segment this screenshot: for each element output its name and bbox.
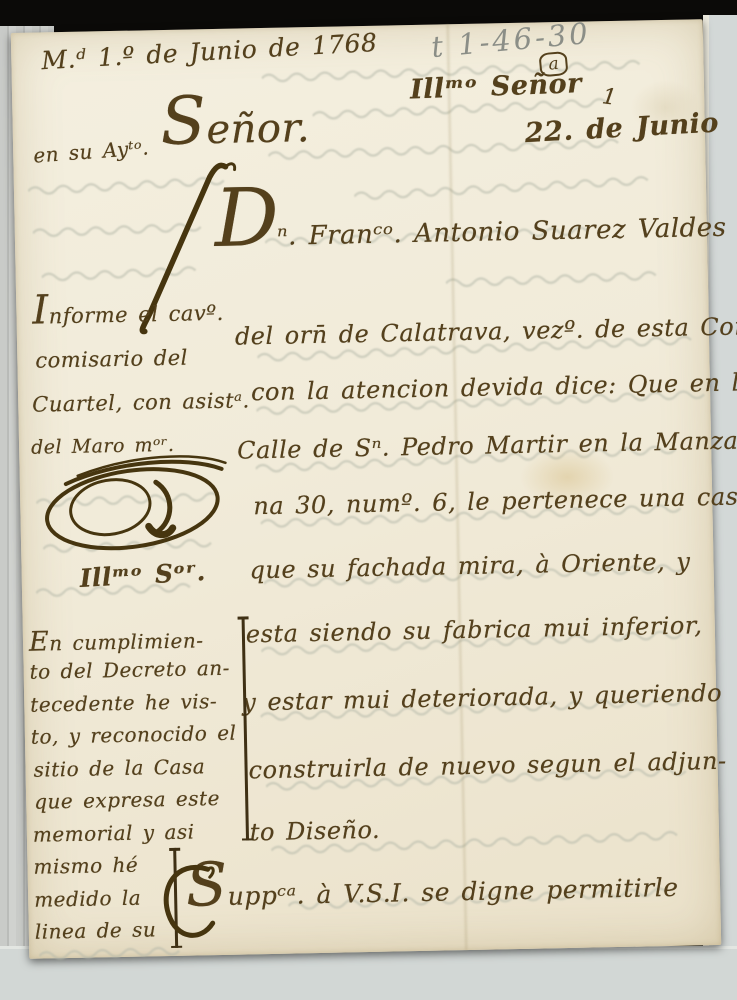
suplication-flourish — [155, 857, 217, 950]
margin-report-line: linea de su — [35, 917, 157, 943]
manuscript-page: M.ᵈ 1.º de Junio de 1768 t 1-46-30 Illᵐᵒ… — [11, 19, 721, 959]
margin-report-line: medido la — [34, 886, 141, 912]
margin-report-line: to, y reconocido el — [31, 721, 237, 749]
margin-report-line: to del Decreto an- — [29, 656, 230, 684]
body-line: Dⁿ. Franᶜᵒ. Antonio Suarez Valdes — [214, 187, 727, 253]
manuscript-scan: M.ᵈ 1.º de Junio de 1768 t 1-46-30 Illᵐᵒ… — [0, 0, 737, 1000]
body-line: to Diseño. — [250, 816, 381, 847]
margin-informe-line: Cuartel, con asistᵃ. — [32, 388, 250, 416]
rubric-flourish — [35, 447, 233, 567]
senor-heading: Señor. — [160, 99, 310, 154]
margin-report-line: mismo hé — [33, 853, 138, 879]
margin-report-line: sitio de la Casa — [33, 754, 205, 781]
margin-report-line: memorial y asi — [33, 820, 195, 847]
margin-informe-line: comisario del — [35, 346, 188, 373]
margin-informe-line: Informe el cavº. — [32, 295, 224, 329]
margin-report-line: que expresa este — [34, 786, 220, 814]
salutation-superscript: a — [538, 51, 568, 77]
bleed-through-line — [446, 268, 666, 290]
margin-report-line: tecedente he vis- — [30, 689, 217, 717]
margin-report-line: En cumplimien- — [29, 623, 204, 657]
